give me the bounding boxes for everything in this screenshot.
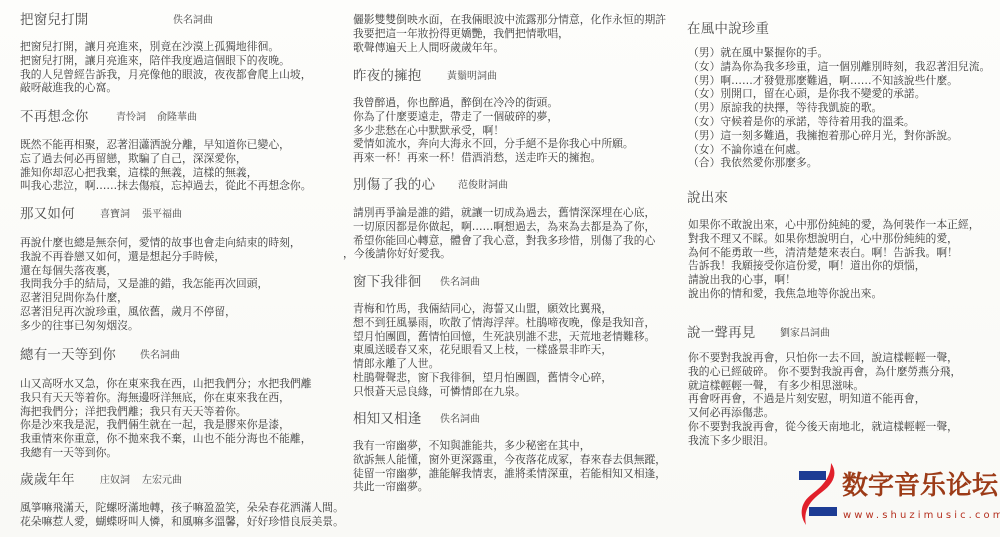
lyric-line: 忘了過去何必再留戀，欺騙了自己，深深愛你， [20, 152, 312, 166]
logo-url: www.shuzimusic.com [843, 510, 1000, 522]
song-title: 把窗兒打開 [20, 12, 89, 28]
lyric-line: 把窗兒打開，讓月亮進來，陪伴我度過這個眼下的夜晚。 [20, 54, 312, 68]
lyrics-block: 我有一帘幽夢，不知與誰能共，多少秘密在其中， 欲訴無人能懂，窗外更深露重，今夜落… [353, 439, 666, 494]
lyric-line: 你為了什麼要遠走，帶走了一個破碎的夢， [353, 110, 634, 124]
lyric-line: 誰知你却忍心把我棄，這樣的無義，這樣的無義， [20, 166, 312, 180]
lyric-line: 只恨蒼天忌良緣，可憐情郎在九泉。 [353, 385, 655, 399]
lyric-line: 既然不能再相聚，忍著泪瀟洒說分離，早知道你已變心， [20, 138, 312, 152]
song-title: 總有一天等到你 [20, 347, 116, 363]
lyric-line: 請說出我的心事，啊！ [688, 273, 980, 287]
lyrics-block: 再說什麼也總是無奈何，愛情的故事也會走向結束的時刻， 我說不再眷戀又如何，還是想… [20, 236, 301, 333]
lyric-line: （男）原諒我的抉擇，等待我凱旋的歌。 [688, 101, 990, 115]
song-credit: 劉家昌詞曲 [780, 326, 830, 342]
lyric-line: 對我不理又不睬。如果你想說明白，心中那份純純的愛， [688, 232, 980, 246]
lyric-line: 東風送暖春又來，花兒眼看又上枝，一樣盛景非昨天， [353, 343, 655, 357]
lyric-line: （女）請為你為我多珍重，這一個別離別時刻，我忍著泪兒流。 [688, 60, 990, 74]
lyric-line: （合）我依然愛你那麼多。 [688, 156, 990, 170]
song-title: 不再想念你 [20, 109, 89, 125]
lyric-line: 就這樣輕輕一聲， 有多少相思滋味。 [688, 379, 961, 393]
song-title: 別傷了我的心 [353, 177, 435, 193]
lyrics-block: 把窗兒打開，讓月亮進來，別竟在沙漠上孤獨地徘徊。 把窗兒打開，讓月亮進來，陪伴我… [20, 40, 312, 95]
lyric-line: 忍著泪兒再次說珍重，風依舊，歲月不停留， [20, 305, 301, 319]
lyric-line: 忍著泪兒問你為什麼， [20, 291, 301, 305]
song-title: 窗下我徘徊 [353, 274, 422, 290]
lyrics-block: 你不要對我說再會，只怕你一去不回，說這樣輕輕一聲， 我的心已經破碎。 你不要對我… [688, 351, 961, 448]
lyric-line: 希望你能回心轉意，體會了我心意，對我多珍惜，別傷了我的心 [353, 234, 655, 248]
lyric-line: （男）這一刻多難過，我擁抱着那心碎月光，對你訴說。 [688, 129, 990, 143]
lyric-line: 我要把這一年妝扮得更嬌艷，我們把情歌唱， [353, 27, 666, 41]
lyric-line: 徒留一帘幽夢，誰能解我情衷，誰將柔情深重，若能相知又相逢， [353, 467, 666, 481]
lyric-line: 你是沙來我是泥，我們倆生就在一起，我是膠來你是漆， [20, 418, 312, 432]
lyrics-block: （男）就在風中緊握你的手。 （女）請為你為我多珍重，這一個別離別時刻，我忍著泪兒… [688, 46, 990, 170]
lyric-line: 我總有一天等到你。 [20, 446, 312, 460]
lyricist-credit: 喜寶詞 [100, 207, 130, 223]
lyric-line: 又何必再添傷悲。 [688, 406, 961, 420]
lyric-line: 花朵嘛惹人愛，蝴蝶呀叫人憐，和風嘛多溫馨，好好珍惜良辰美景。 [20, 515, 344, 529]
lyric-line: 杜鵑聲聲悲，窗下我徘徊，望月怕團圓，舊情令心碎， [353, 371, 655, 385]
lyric-line: 再說什麼也總是無奈何，愛情的故事也會走向結束的時刻， [20, 236, 301, 250]
song-credit: 佚名詞曲 [440, 412, 480, 428]
lyrics-block: 既然不能再相聚，忍著泪瀟洒說分離，早知道你已變心， 忘了過去何必再留戀，欺騙了自… [20, 138, 312, 193]
lyric-line: 愛情如流水，奔向大海永不回，分手絕不是你我心中所願。 [353, 137, 634, 151]
lyrics-continuation: 儷影雙雙倒映水面，在我倆眼波中流露那分情意，化作永恒的期許 我要把這一年妝扮得更… [353, 13, 666, 54]
lyric-line: 我的心已經破碎。 你不要對我說再會，為什麼勞燕分飛， [688, 365, 961, 379]
lyric-line: 敲呀敲進我的心窩。 [20, 81, 312, 95]
lyric-line: 想不到狂風暴雨，吹散了情海浮萍。杜鵑啼夜晚，像是我知音， [353, 316, 655, 330]
lyric-line: 再會呀再會，不過是片刻安慰，明知道不能再會， [688, 392, 961, 406]
lyric-line: 如果你不敢說出來，心中那份純純的愛，為何裝作一本正經， [688, 218, 980, 232]
song-title: 歲歲年年 [20, 472, 75, 488]
lyric-line: 我曾醉過，你也醉過，醉倒在冷冷的街頭。 [353, 96, 634, 110]
lyric-line: 風箏嘛飛滿天，陀螺呀滿地轉，孩子嘛盈盈笑，朵朵春花洒滿人間。 [20, 501, 344, 515]
lyricist-credit: 庄奴詞 [100, 473, 130, 489]
lyrics-booklet-page: 把窗兒打開 佚名詞曲 把窗兒打開，讓月亮進來，別竟在沙漠上孤獨地徘徊。 把窗兒打… [0, 0, 1000, 537]
song-credit: 黃鬚明詞曲 [447, 69, 497, 85]
song-credit: 佚名詞曲 [140, 348, 180, 364]
lyrics-block: 請別再爭論是誰的錯，就讓一切成為過去，舊情深深埋在心底， 一切原因都是你做起，啊… [353, 206, 655, 261]
composer-credit: 俞隆華曲 [157, 110, 197, 126]
lyric-line: 海把我們分；洋把我們離；我只有天天等着你。 [20, 405, 312, 419]
lyric-line: 共此一帘幽夢。 [353, 480, 666, 494]
song-credit: 佚名詞曲 [173, 13, 213, 29]
lyric-line: 為何不能勇敢一些，清清楚楚來表白。啊！告訴我。啊！ [688, 246, 980, 260]
lyricist-credit: 青怜詞 [116, 110, 146, 126]
composer-credit: 左宏元曲 [142, 473, 182, 489]
composer-credit: 張平福曲 [142, 207, 182, 223]
song-credit: 范俊財詞曲 [458, 178, 508, 194]
song-credit: 佚名詞曲 [440, 275, 480, 291]
lyric-line: （女）守候着是你的承諾，等待着用我的溫柔。 [688, 115, 990, 129]
song-title: 說一聲再見 [687, 325, 756, 341]
lyric-line: 多少悲愁在心中默默承受，啊！ [353, 124, 634, 138]
song-title: 在風中說珍重 [687, 21, 769, 37]
lyric-line: （男）就在風中緊握你的手。 [688, 46, 990, 60]
lyric-line: 我重情來你重意，你不拋來我不棄，山也不能分海也不能離， [20, 432, 312, 446]
lyric-line: 你不要對我說再會，從今後天南地北，就這樣輕輕一聲， [688, 420, 961, 434]
lyric-line: 歌聲傳遍天上人間呀歲歲年年。 [353, 41, 666, 55]
lyric-line: 叫我心悲泣，啊……抹去傷痕，忘掉過去，從此不再想念你。 [20, 179, 312, 193]
watermark-logo: 数字音乐论坛 www.shuzimusic.com [798, 463, 998, 529]
lyrics-block: 風箏嘛飛滿天，陀螺呀滿地轉，孩子嘛盈盈笑，朵朵春花洒滿人間。 花朵嘛惹人愛，蝴蝶… [20, 501, 344, 529]
lyric-line: 說出你的情和愛，我焦急地等你說出來。 [688, 287, 980, 301]
song-title: 那又如何 [20, 206, 75, 222]
lyrics-block: 山又高呀水又急，你在東來我在西，山把我們分；水把我們離 我只有天天等着你。海無邊… [20, 377, 312, 460]
lyric-line: 我有一帘幽夢，不知與誰能共，多少秘密在其中， [353, 439, 666, 453]
song-title: 相知又相逢 [353, 411, 422, 427]
lyric-line: 你不要對我說再會，只怕你一去不回，說這樣輕輕一聲， [688, 351, 961, 365]
song-title: 說出來 [687, 190, 728, 206]
lyric-line: （男）啊……才發覺那麼難過，啊……不知該說些什麼。 [688, 74, 990, 88]
lyric-line: 我只有天天等着你。海無邊呀洋無底，你在東來我在西， [20, 391, 312, 405]
lyric-line: 欲訴無人能懂，窗外更深露重，今夜落花成冢，春來春去俱無蹤， [353, 453, 666, 467]
lyric-line: 青梅和竹馬，我倆結同心，海誓又山盟，願效比翼飛， [353, 302, 655, 316]
lyric-line: 情郎永離了人世。 [353, 357, 655, 371]
lyric-line: 望月怕團圓，舊情怕回憶，生死訣別誰不悲，天荒地老情難移。 [353, 330, 655, 344]
lyric-line: 山又高呀水又急，你在東來我在西，山把我們分；水把我們離 [20, 377, 312, 391]
lyric-line: 多少的往事已匆匆烟沒。 [20, 319, 301, 333]
song-title: 昨夜的擁抱 [353, 68, 422, 84]
lyric-line: 把窗兒打開，讓月亮進來，別竟在沙漠上孤獨地徘徊。 [20, 40, 312, 54]
z-swoosh-logo-icon [798, 463, 838, 525]
lyrics-block: 我曾醉過，你也醉過，醉倒在冷冷的街頭。 你為了什麼要遠走，帶走了一個破碎的夢， … [353, 96, 634, 165]
lyrics-block: 青梅和竹馬，我倆結同心，海誓又山盟，願效比翼飛， 想不到狂風暴雨，吹散了情海浮萍… [353, 302, 655, 399]
lyric-line: 還在每個失落夜裏， [20, 264, 301, 278]
lyric-line: 儷影雙雙倒映水面，在我倆眼波中流露那分情意，化作永恒的期許 [353, 13, 666, 27]
lyric-line: 再來一杯！再來一杯！借酒消愁，送走昨天的擁抱。 [353, 151, 634, 165]
lyric-line: 一切原因都是你做起，啊……啊想過去，為來為去都是為了你， [353, 220, 655, 234]
lyric-line: 我問我分手的結局，又是誰的錯，我怎能再次回頭， [20, 277, 301, 291]
lyrics-block: 如果你不敢說出來，心中那份純純的愛，為何裝作一本正經， 對我不理又不睬。如果你想… [688, 218, 980, 301]
lyric-line: 我說不再眷戀又如何，還是想起分手時候， [20, 250, 301, 264]
lyric-line: （女）別開口，留在心頭，是你我不變愛的承諾。 [688, 87, 990, 101]
lyric-line: （女）不論你遠在何處。 [688, 143, 990, 157]
logo-name: 数字音乐论坛 [842, 469, 998, 503]
lyric-line: ，今後請你好好愛我。 [343, 247, 655, 261]
lyric-line: 請別再爭論是誰的錯，就讓一切成為過去，舊情深深埋在心底， [353, 206, 655, 220]
lyric-line: 告訴我！我願接受你這份愛，啊！道出你的煩惱， [688, 259, 980, 273]
lyric-line: 我流下多少眼泪。 [688, 434, 961, 448]
lyric-line: 我的人兒曾經告訴我，月亮像他的眼波，夜夜都會爬上山坡， [20, 68, 312, 82]
